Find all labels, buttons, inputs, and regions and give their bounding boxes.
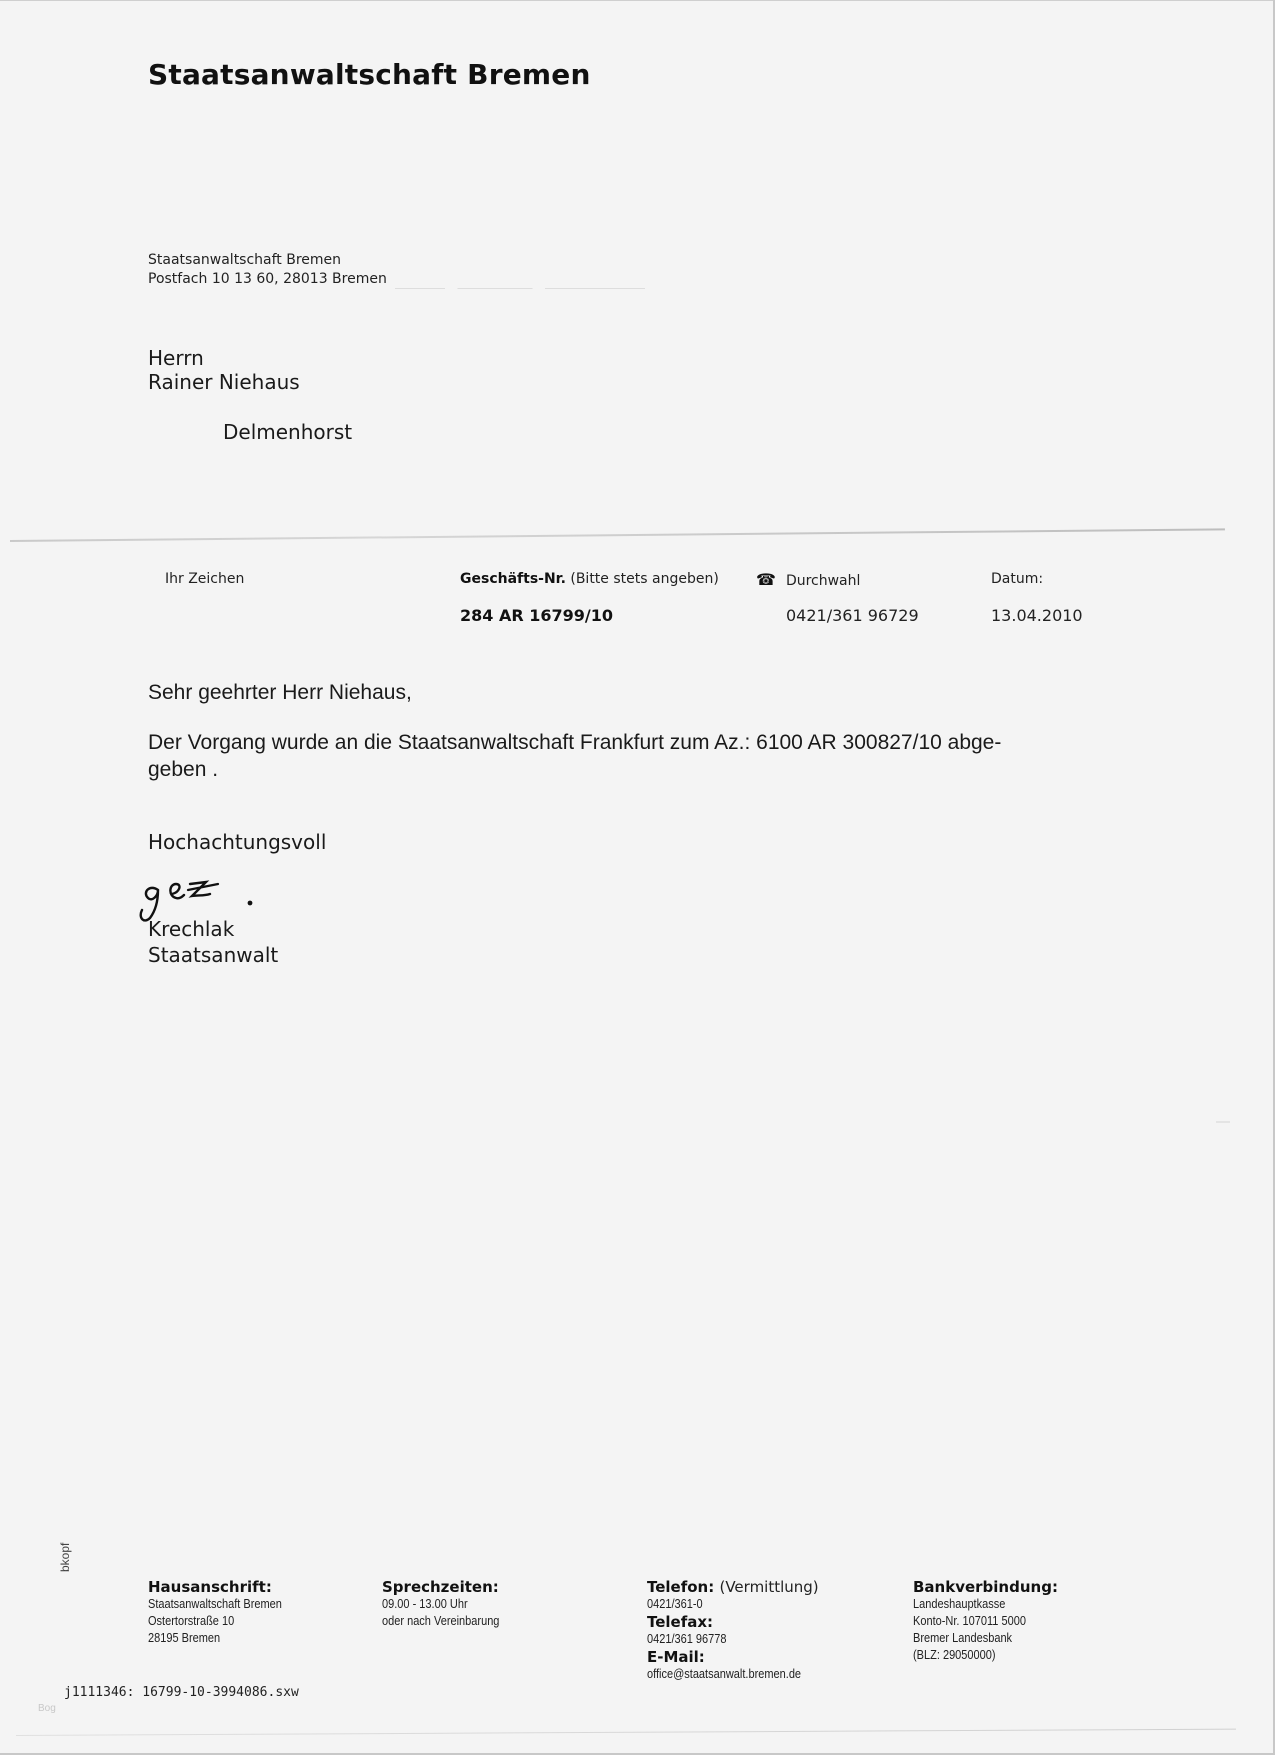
header-separator <box>10 528 1225 542</box>
side-note: bkopf <box>58 1543 72 1572</box>
email-link[interactable]: office@staatsanwalt.bremen.de <box>647 1666 801 1683</box>
footer-sprechzeiten: Sprechzeiten: 09.00 - 13.00 Uhr oder nac… <box>382 1578 515 1630</box>
telefax-heading: Telefax: <box>647 1613 822 1631</box>
durchwahl-label-text: Durchwahl <box>786 573 860 589</box>
sender-divider <box>395 288 645 289</box>
signer-title: Staatsanwalt <box>148 943 278 967</box>
geschaefts-nr-hint: (Bitte stets angeben) <box>570 571 718 587</box>
bank-line: Bremer Landesbank <box>913 1630 1041 1647</box>
durchwahl-label: ☎Durchwahl <box>756 570 860 589</box>
hausanschrift-line: Ostertorstraße 10 <box>148 1613 282 1630</box>
bank-heading: Bankverbindung: <box>913 1578 1058 1596</box>
bottom-divider <box>16 1729 1236 1736</box>
hausanschrift-line: 28195 Bremen <box>148 1630 282 1647</box>
faint-mark: Bog <box>38 1703 56 1714</box>
letter-body-line-2: geben . <box>148 758 218 782</box>
datum-value: 13.04.2010 <box>991 606 1083 625</box>
geschaefts-nr-label-text: Geschäfts-Nr. <box>460 571 566 587</box>
recipient-city: Delmenhorst <box>223 420 352 444</box>
sprechzeiten-line: 09.00 - 13.00 Uhr <box>382 1596 499 1613</box>
ihr-zeichen-label: Ihr Zeichen <box>165 571 244 587</box>
sprechzeiten-line: oder nach Vereinbarung <box>382 1613 499 1630</box>
sender-line-2: Postfach 10 13 60, 28013 Bremen <box>148 271 387 287</box>
telefon-hint: (Vermittlung) <box>719 1578 818 1596</box>
recipient-name: Rainer Niehaus <box>148 370 300 394</box>
file-reference: j1111346: 16799-10-3994086.sxw <box>64 1685 299 1700</box>
letter-greeting: Sehr geehrter Herr Niehaus, <box>148 681 412 705</box>
sprechzeiten-heading: Sprechzeiten: <box>382 1578 515 1596</box>
hausanschrift-heading: Hausanschrift: <box>148 1578 300 1596</box>
email-heading: E-Mail: <box>647 1648 822 1666</box>
footer-bank: Bankverbindung: Landeshauptkasse Konto-N… <box>913 1578 1058 1664</box>
bank-line: Konto-Nr. 107011 5000 <box>913 1613 1041 1630</box>
telefax-value: 0421/361 96778 <box>647 1631 801 1648</box>
geschaefts-nr-label: Geschäfts-Nr. (Bitte stets angeben) <box>460 571 719 587</box>
telefon-value: 0421/361-0 <box>647 1596 801 1613</box>
recipient-salutation: Herrn <box>148 346 204 370</box>
letter-body-line-1: Der Vorgang wurde an die Staatsanwaltsch… <box>148 731 1001 755</box>
sender-line-1: Staatsanwaltschaft Bremen <box>148 252 341 268</box>
letterhead-title: Staatsanwaltschaft Bremen <box>148 58 591 91</box>
scan-artifact <box>1216 1121 1230 1123</box>
signer-name: Krechlak <box>148 917 234 941</box>
telefon-heading: Telefon: (Vermittlung) <box>647 1578 822 1596</box>
datum-label: Datum: <box>991 571 1043 587</box>
telefon-heading-text: Telefon: <box>647 1578 714 1596</box>
bank-line: Landeshauptkasse <box>913 1596 1041 1613</box>
footer-kontakt: Telefon: (Vermittlung) 0421/361-0 Telefa… <box>647 1578 822 1683</box>
geschaefts-nr-value: 284 AR 16799/10 <box>460 606 613 625</box>
page-edge-top <box>0 0 1275 1</box>
valediction: Hochachtungsvoll <box>148 830 326 854</box>
hausanschrift-line: Staatsanwaltschaft Bremen <box>148 1596 282 1613</box>
durchwahl-value: 0421/361 96729 <box>786 606 919 625</box>
telephone-icon: ☎ <box>756 570 776 589</box>
footer-hausanschrift: Hausanschrift: Staatsanwaltschaft Bremen… <box>148 1578 300 1647</box>
bank-line: (BLZ: 29050000) <box>913 1647 1041 1664</box>
